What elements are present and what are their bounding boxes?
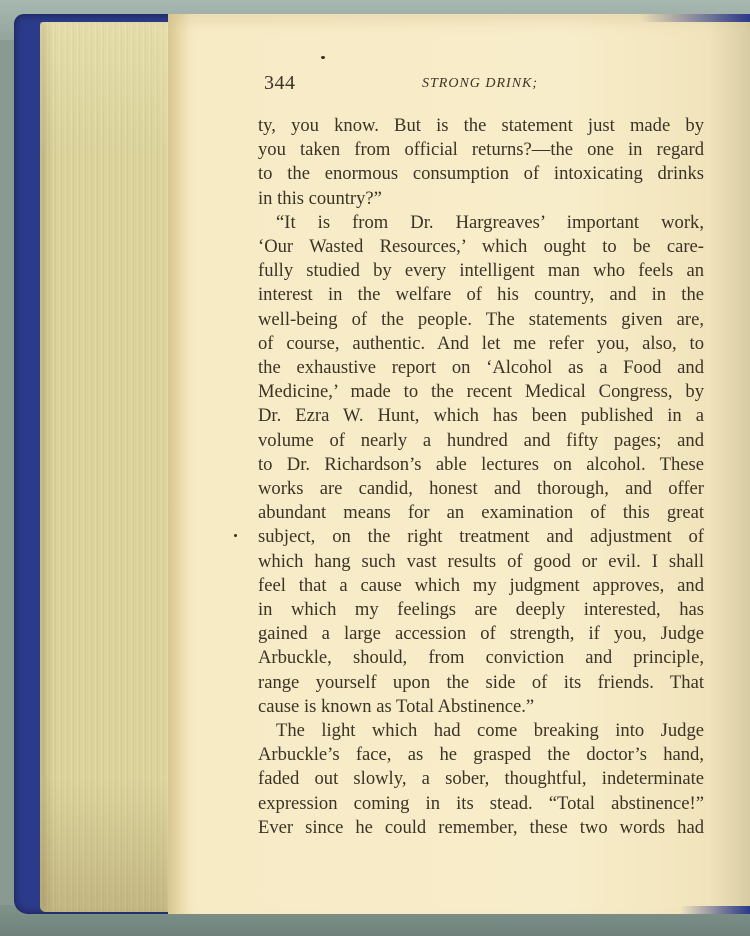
text-line: expression coming in its stead. “Total a… bbox=[258, 792, 704, 816]
text-line: Dr. Ezra W. Hunt, which has been publish… bbox=[258, 404, 704, 428]
text-line: to the enormous consumption of intoxicat… bbox=[258, 162, 704, 186]
text-line: you taken from official returns?—the one… bbox=[258, 138, 704, 162]
text-line: fully studied by every intelligent man w… bbox=[258, 259, 704, 283]
text-line: in which my feelings are deeply interest… bbox=[258, 598, 704, 622]
text-line: interest in the welfare of his country, … bbox=[258, 283, 704, 307]
page-gutter-shadow bbox=[168, 14, 190, 914]
page-header: 344 STRONG DRINK; bbox=[264, 72, 704, 102]
text-line: Arbuckle, should, from conviction and pr… bbox=[258, 646, 704, 670]
text-line: ‘Our Wasted Resources,’ which ought to b… bbox=[258, 235, 704, 259]
text-line: range yourself upon the side of its frie… bbox=[258, 671, 704, 695]
text-line: volume of nearly a hundred and fifty pag… bbox=[258, 429, 704, 453]
text-line: gained a large accession of strength, if… bbox=[258, 622, 704, 646]
text-line: Medicine,’ made to the recent Medical Co… bbox=[258, 380, 704, 404]
book-page: 344 STRONG DRINK; ty, you know. But is t… bbox=[168, 14, 750, 914]
text-line: which hang such vast results of good or … bbox=[258, 550, 704, 574]
cover-edge-top-right bbox=[640, 14, 750, 22]
text-line: in this country?” bbox=[258, 187, 704, 211]
text-line: faded out slowly, a sober, thoughtful, i… bbox=[258, 767, 704, 791]
page-number: 344 bbox=[264, 72, 296, 95]
text-line: works are candid, honest and thorough, a… bbox=[258, 477, 704, 501]
text-line: The light which had come breaking into J… bbox=[258, 719, 704, 743]
text-line: the exhaustive report on ‘Alcohol as a F… bbox=[258, 356, 704, 380]
text-line: well-being of the people. The statements… bbox=[258, 308, 704, 332]
text-line: ty, you know. But is the statement just … bbox=[258, 114, 704, 138]
text-line: cause is known as Total Abstinence.” bbox=[258, 695, 704, 719]
text-line: to Dr. Richardson’s able lectures on alc… bbox=[258, 453, 704, 477]
text-line: feel that a cause which my judgment appr… bbox=[258, 574, 704, 598]
paper-speck bbox=[234, 534, 237, 537]
text-line: “It is from Dr. Hargreaves’ important wo… bbox=[258, 211, 704, 235]
page-edges-stack bbox=[40, 22, 180, 912]
cover-edge-bottom-right bbox=[680, 906, 750, 914]
text-line: Ever since he could remember, these two … bbox=[258, 816, 704, 840]
text-line: subject, on the right treatment and adju… bbox=[258, 525, 704, 549]
paper-speck bbox=[321, 56, 325, 59]
text-line: abundant means for an examination of thi… bbox=[258, 501, 704, 525]
text-line: of course, authentic. And let me refer y… bbox=[258, 332, 704, 356]
running-head: STRONG DRINK; bbox=[422, 76, 538, 92]
text-line: Arbuckle’s face, as he grasped the docto… bbox=[258, 743, 704, 767]
page-body-text: ty, you know. But is the statement just … bbox=[258, 114, 704, 840]
